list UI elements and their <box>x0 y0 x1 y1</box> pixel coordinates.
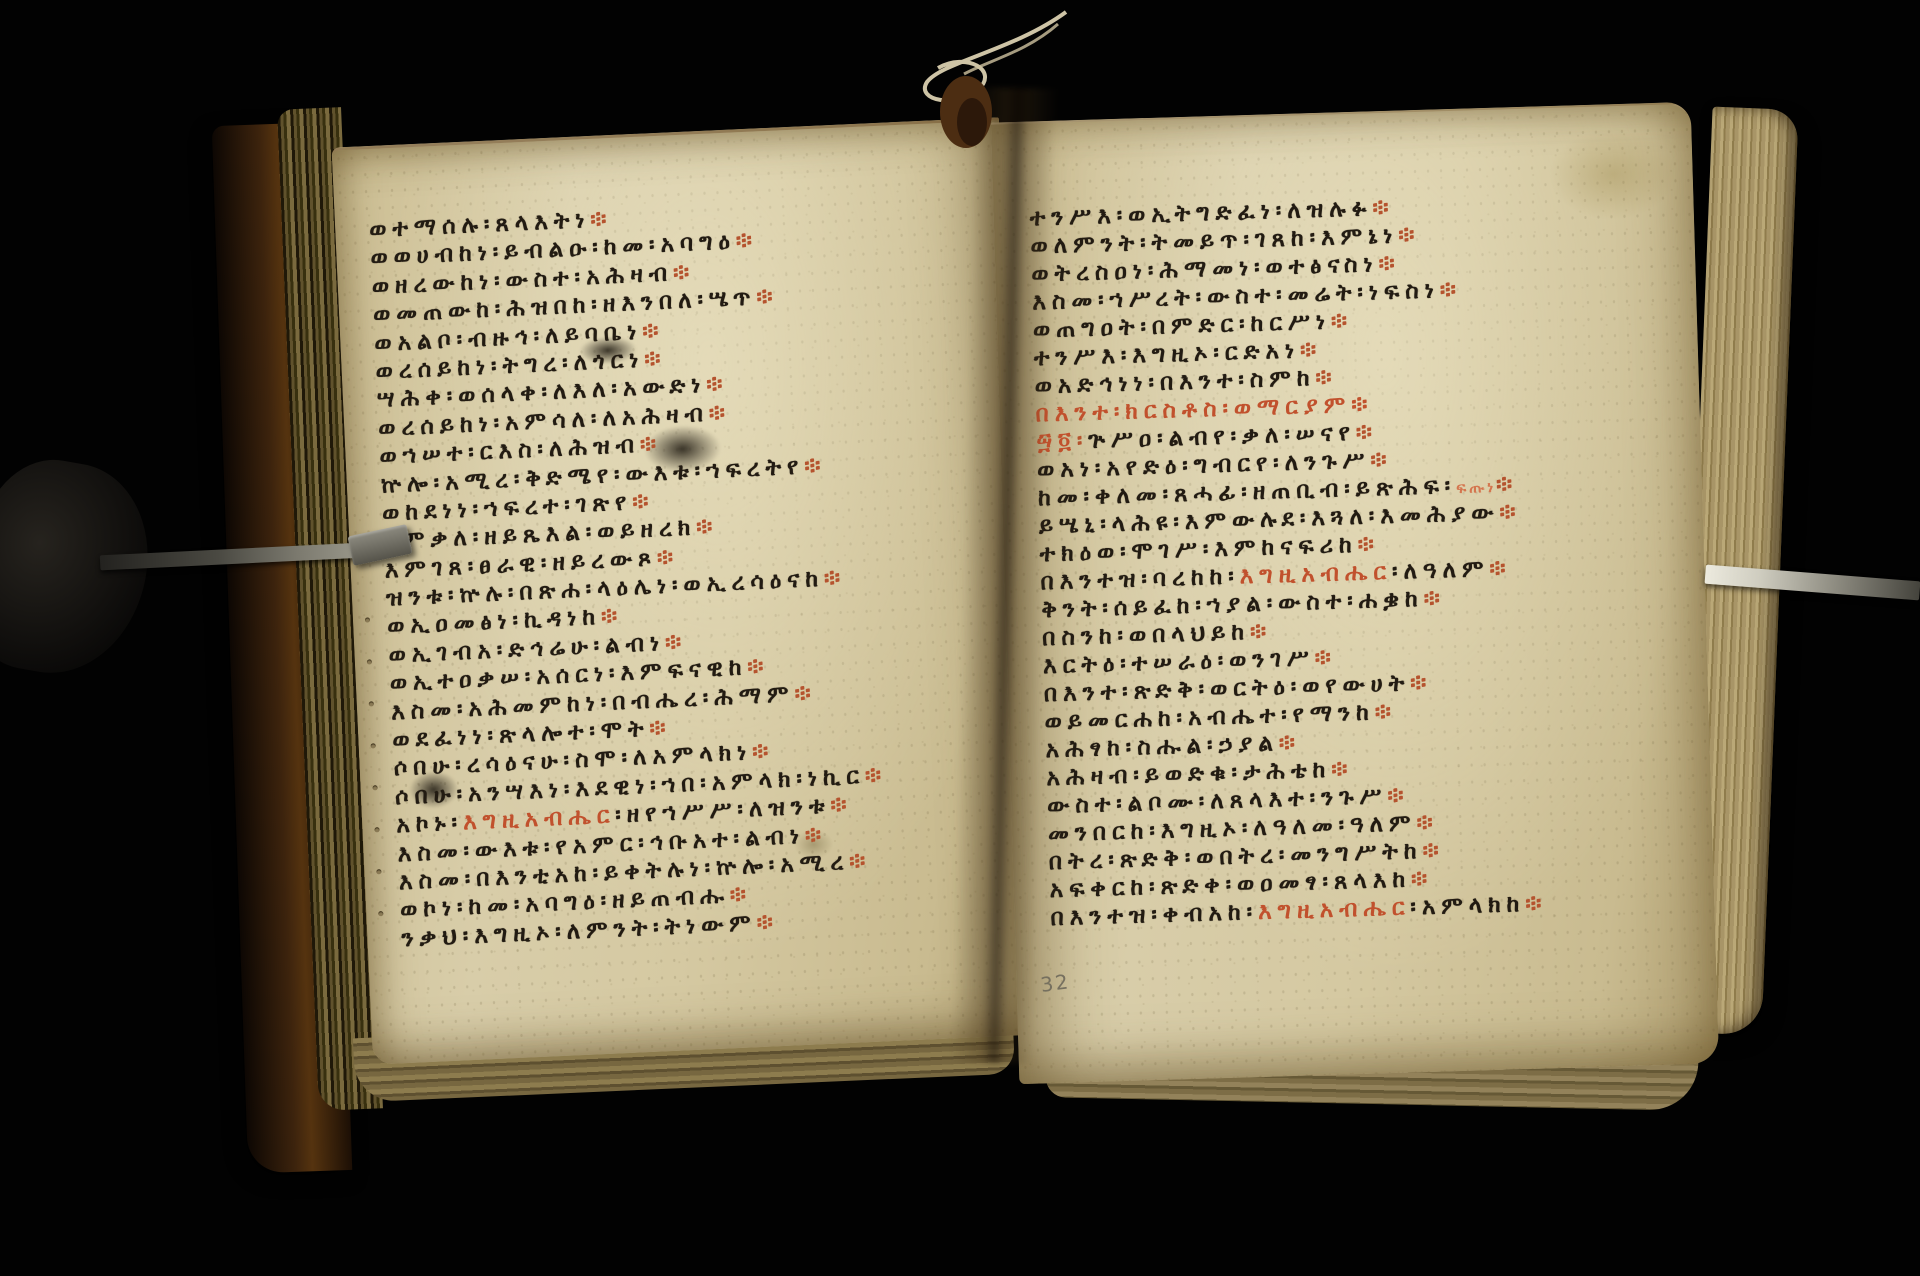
geez-rubric: ፨ <box>804 821 827 848</box>
geez-rubric: ፨ <box>1331 308 1354 335</box>
geez-rubric: ፨ <box>642 317 665 344</box>
geez-text: በእንተዝ፡ቀብአከ፡ <box>1050 899 1258 931</box>
geez-text: በስንከ፡ወበላህይከ <box>1042 619 1251 651</box>
geez-rubric: ፨ <box>1374 699 1397 726</box>
pricking-holes <box>365 617 390 937</box>
geez-text: አኮኑ፡ <box>396 810 464 839</box>
geez-rubric: ፨ <box>696 514 719 541</box>
pricking-hole <box>365 617 370 622</box>
geez-rubric: ፨ <box>1314 645 1337 672</box>
right-page: ተንሥእ፡ወኢትግድፈነ፡ለዝሉፉ፨ወለምንት፡ትመይጥ፡ገጸከ፡እምኔነ፨ወት… <box>991 102 1719 1084</box>
pricking-hole <box>371 743 376 748</box>
geez-rubric: ፨ <box>747 654 770 681</box>
geez-rubric: ፨ <box>823 565 846 592</box>
pricking-hole <box>367 659 372 664</box>
geez-rubric: ፨ <box>729 882 752 909</box>
geez-rubric: ፨ <box>1499 499 1522 526</box>
geez-rubric: ፨ <box>672 259 695 286</box>
geez-rubric: ፨ <box>830 792 853 819</box>
geez-rubric: ፨ <box>756 909 779 936</box>
geez-rubric: ፨ <box>864 762 887 789</box>
geez-text: አሕፃከ፡ስሑል፡ኃያል <box>1045 730 1279 763</box>
parchment-stain <box>1547 126 1678 222</box>
manuscript-photo-scene: ወተማሰሉ፡ጸላእትነ፨ወወሀብከነ፡ይብልዑ፡ከመ፡አባግዕ፨ወዘረውከነ፡ው… <box>0 0 1920 1276</box>
geez-rubric: ፨ <box>1411 866 1434 893</box>
geez-rubric: ፨ <box>1370 447 1393 474</box>
geez-rubric: ፨ <box>1416 810 1439 837</box>
geez-rubric: እግዚአብሔር <box>462 803 615 836</box>
geez-text: ፡ለዓለም <box>1392 556 1490 585</box>
geez-rubric: ፨ <box>1355 419 1378 446</box>
geez-rubric: ፨ <box>1315 364 1338 391</box>
right-page-text: ተንሥእ፡ወኢትግድፈነ፡ለዝሉፉ፨ወለምንት፡ትመይጥ፡ገጸከ፡እምኔነ፨ወት… <box>1029 191 1548 933</box>
geez-rubric: እግዚአብሔር <box>1239 559 1392 590</box>
pricking-hole <box>378 911 383 916</box>
geez-rubric: ፨ <box>735 228 758 255</box>
geez-rubric: ፨ <box>639 431 662 458</box>
left-page-text: ወተማሰሉ፡ጸላእትነ፨ወወሀብከነ፡ይብልዑ፡ከመ፡አባግዕ፨ወዘረውከነ፡ው… <box>369 195 894 955</box>
geez-rubric: ፨ <box>1300 337 1323 364</box>
pricking-hole <box>376 869 381 874</box>
geez-text: ፡አምላክከ <box>1410 891 1526 920</box>
pencil-folio-number: 32 <box>1039 969 1071 997</box>
string-strand <box>925 12 1066 100</box>
geez-rubric: ፨ <box>1331 756 1354 783</box>
geez-rubric: ፨ <box>1422 837 1445 864</box>
geez-rubric: ፨ <box>794 680 817 707</box>
geez-rubric: ፡ <box>1076 428 1088 454</box>
geez-rubric: ፨ <box>752 739 775 766</box>
geez-rubric: ፨ <box>804 452 827 479</box>
geez-rubric: ፨ <box>1357 531 1380 558</box>
geez-rubric: ፨ <box>656 544 679 571</box>
geez-rubric: ፨ <box>756 284 779 311</box>
pricking-hole <box>374 827 379 832</box>
geez-rubric: ፨ <box>600 603 623 630</box>
geez-text: በእንተዝ፡ባረከከ፡ <box>1040 563 1240 595</box>
geez-rubric: ፨ <box>649 715 672 742</box>
geez-rubric: ፨ <box>1410 670 1433 697</box>
geez-rubric: ፨ <box>590 206 613 233</box>
geez-rubric: ፨ <box>1439 277 1462 304</box>
pricking-hole <box>369 701 374 706</box>
geez-rubric: ፨ <box>1278 730 1301 757</box>
geez-rubric: ፨ <box>708 400 731 427</box>
geez-rubric: ፨ <box>1351 391 1374 418</box>
geez-rubric: ፍጡነ <box>1456 478 1497 497</box>
geez-rubric: ፨ <box>1398 222 1421 249</box>
geez-rubric: ፨ <box>664 629 687 656</box>
geez-rubric: ፨ <box>1372 195 1395 222</box>
geez-rubric: ፨ <box>1378 251 1401 278</box>
geez-rubric: ፨ <box>1496 471 1519 498</box>
geez-rubric: ፨ <box>706 371 729 398</box>
geez-rubric: ፨ <box>632 488 655 515</box>
geez-rubric: ፨ <box>849 848 872 875</box>
geez-rubric: ፨ <box>1489 555 1512 582</box>
geez-rubric: ፨ <box>1387 782 1410 809</box>
string-strand <box>964 24 1058 74</box>
geez-rubric: ፨ <box>644 346 667 373</box>
geez-rubric: ፨ <box>1423 585 1446 612</box>
geez-rubric: ፨ <box>1525 890 1548 917</box>
left-page: ወተማሰሉ፡ጸላእትነ፨ወወሀብከነ፡ይብልዑ፡ከመ፡አባግዕ፨ወዘረውከነ፡ው… <box>332 117 1041 1064</box>
geez-rubric: ፨ <box>1250 618 1273 645</box>
geez-rubric: ፵፬ <box>1036 428 1077 455</box>
geez-rubric: እግዚአብሔር <box>1258 894 1411 925</box>
pricking-hole <box>372 785 377 790</box>
